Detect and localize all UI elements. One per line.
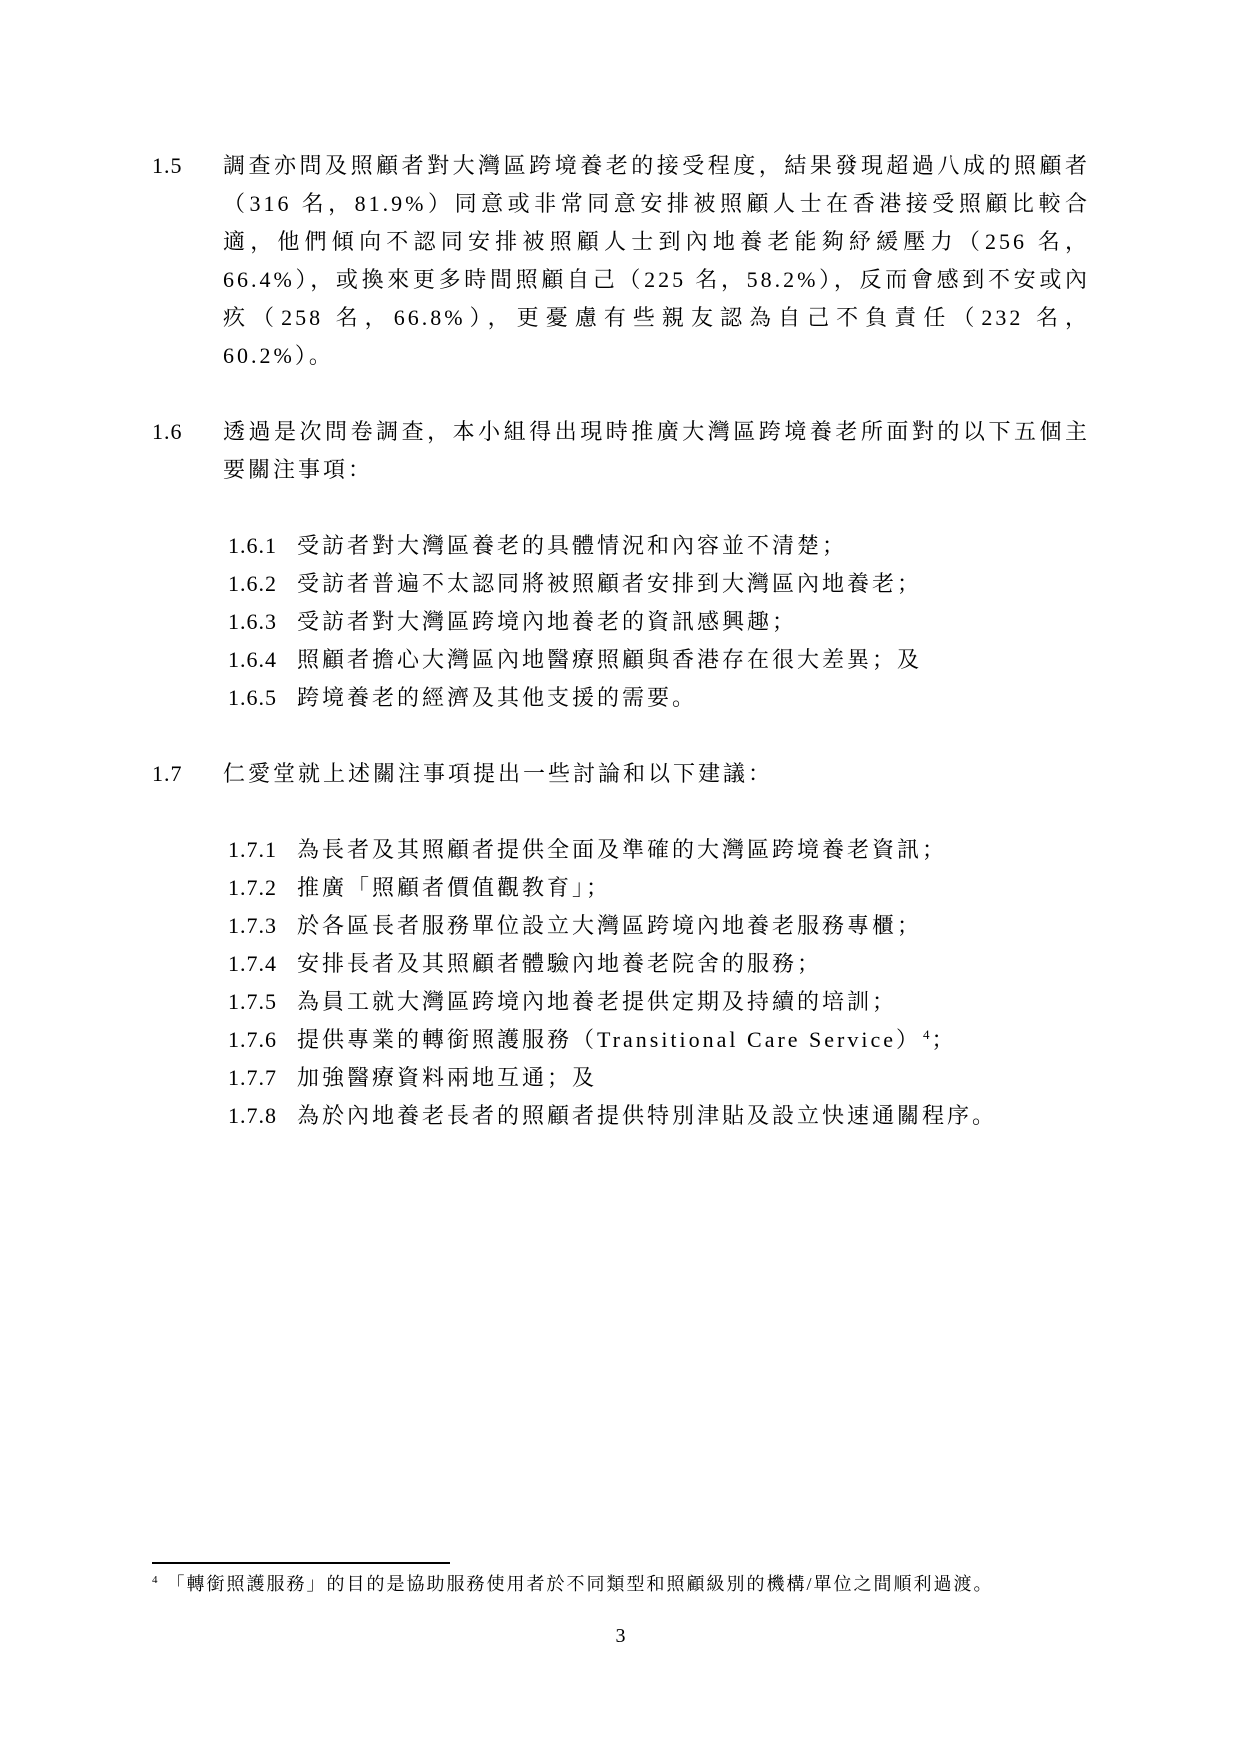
list-item-text: 照顧者擔心大灣區內地醫療照顧與香港存在很大差異；及 [297, 641, 922, 679]
list-item-number: 1.7.5 [228, 983, 297, 1021]
list-item: 1.6.1 受訪者對大灣區養老的具體情況和內容並不清楚； [228, 527, 1090, 565]
list-item-number: 1.7.3 [228, 907, 297, 945]
footnote-ref: 4 [921, 1027, 932, 1042]
list-item-number: 1.6.3 [228, 603, 297, 641]
list-item-text: 於各區長者服務單位設立大灣區跨境內地養老服務專櫃； [297, 907, 922, 945]
list-item: 1.6.3 受訪者對大灣區跨境內地養老的資訊感興趣； [228, 603, 1090, 641]
list-item: 1.7.8 為於內地養老長者的照顧者提供特別津貼及設立快速通關程序。 [228, 1097, 1090, 1135]
footnote-separator [152, 1562, 450, 1564]
list-item: 1.7.3 於各區長者服務單位設立大灣區跨境內地養老服務專櫃； [228, 907, 1090, 945]
list-item-text-after: ； [932, 1027, 957, 1052]
list-item-text: 跨境養老的經濟及其他支援的需要。 [297, 679, 697, 717]
page-content: 1.5 調查亦問及照顧者對大灣區跨境養老的接受程度，結果發現超過八成的照顧者（3… [152, 147, 1090, 1173]
list-item-number: 1.7.6 [228, 1021, 297, 1059]
list-item: 1.6.5 跨境養老的經濟及其他支援的需要。 [228, 679, 1090, 717]
footnote: 4「轉銜照護服務」的目的是協助服務使用者於不同類型和照顧級別的機構/單位之間順利… [152, 1570, 1092, 1598]
page-number: 3 [0, 1622, 1241, 1650]
list-item-text-before: 提供專業的轉銜照護服務（Transitional Care Service） [297, 1027, 921, 1052]
list-item-text: 為長者及其照顧者提供全面及準確的大灣區跨境養老資訊； [297, 831, 947, 869]
footnote-marker: 4 [152, 1574, 158, 1586]
list-item: 1.7.5 為員工就大灣區跨境內地養老提供定期及持續的培訓； [228, 983, 1090, 1021]
paragraph-1-5-number: 1.5 [152, 147, 223, 375]
list-item: 1.7.2 推廣「照顧者價值觀教育」； [228, 869, 1090, 907]
paragraph-1-6: 1.6 透過是次問卷調查，本小組得出現時推廣大灣區跨境養老所面對的以下五個主要關… [152, 413, 1090, 489]
paragraph-1-5-text: 調查亦問及照顧者對大灣區跨境養老的接受程度，結果發現超過八成的照顧者（316 名… [223, 147, 1090, 375]
list-item-text: 受訪者對大灣區養老的具體情況和內容並不清楚； [297, 527, 847, 565]
paragraph-1-7: 1.7 仁愛堂就上述關注事項提出一些討論和以下建議： [152, 755, 1090, 793]
list-item: 1.6.2 受訪者普遍不太認同將被照顧者安排到大灣區內地養老； [228, 565, 1090, 603]
list-item-number: 1.7.7 [228, 1059, 297, 1097]
footnote-text: 「轉銜照護服務」的目的是協助服務使用者於不同類型和照顧級別的機構/單位之間順利過… [167, 1574, 994, 1594]
list-1-7: 1.7.1 為長者及其照顧者提供全面及準確的大灣區跨境養老資訊； 1.7.2 推… [228, 831, 1090, 1135]
paragraph-1-7-number: 1.7 [152, 755, 223, 793]
list-item-number: 1.6.2 [228, 565, 297, 603]
list-item-text: 加強醫療資料兩地互通；及 [297, 1059, 597, 1097]
list-item-number: 1.6.5 [228, 679, 297, 717]
list-item-number: 1.6.1 [228, 527, 297, 565]
list-item: 1.6.4 照顧者擔心大灣區內地醫療照顧與香港存在很大差異；及 [228, 641, 1090, 679]
list-item: 1.7.4 安排長者及其照顧者體驗內地養老院舍的服務； [228, 945, 1090, 983]
list-item-text: 為於內地養老長者的照顧者提供特別津貼及設立快速通關程序。 [297, 1097, 997, 1135]
paragraph-1-6-text: 透過是次問卷調查，本小組得出現時推廣大灣區跨境養老所面對的以下五個主要關注事項： [223, 413, 1090, 489]
list-item-text: 提供專業的轉銜照護服務（Transitional Care Service）4； [297, 1021, 957, 1059]
list-item-number: 1.7.1 [228, 831, 297, 869]
list-item-number: 1.6.4 [228, 641, 297, 679]
list-item: 1.7.6 提供專業的轉銜照護服務（Transitional Care Serv… [228, 1021, 1090, 1059]
list-item-text: 受訪者普遍不太認同將被照顧者安排到大灣區內地養老； [297, 565, 922, 603]
list-item-number: 1.7.8 [228, 1097, 297, 1135]
paragraph-1-5: 1.5 調查亦問及照顧者對大灣區跨境養老的接受程度，結果發現超過八成的照顧者（3… [152, 147, 1090, 375]
list-item-text: 受訪者對大灣區跨境內地養老的資訊感興趣； [297, 603, 797, 641]
document-page: 1.5 調查亦問及照顧者對大灣區跨境養老的接受程度，結果發現超過八成的照顧者（3… [0, 0, 1241, 1754]
paragraph-1-6-number: 1.6 [152, 413, 223, 489]
list-item-text: 推廣「照顧者價值觀教育」； [297, 869, 611, 907]
paragraph-1-7-text: 仁愛堂就上述關注事項提出一些討論和以下建議： [223, 755, 1090, 793]
list-item-number: 1.7.4 [228, 945, 297, 983]
list-item-text: 為員工就大灣區跨境內地養老提供定期及持續的培訓； [297, 983, 897, 1021]
list-item-text: 安排長者及其照顧者體驗內地養老院舍的服務； [297, 945, 822, 983]
list-item: 1.7.1 為長者及其照顧者提供全面及準確的大灣區跨境養老資訊； [228, 831, 1090, 869]
list-item-number: 1.7.2 [228, 869, 297, 907]
list-1-6: 1.6.1 受訪者對大灣區養老的具體情況和內容並不清楚； 1.6.2 受訪者普遍… [228, 527, 1090, 717]
list-item: 1.7.7 加強醫療資料兩地互通；及 [228, 1059, 1090, 1097]
